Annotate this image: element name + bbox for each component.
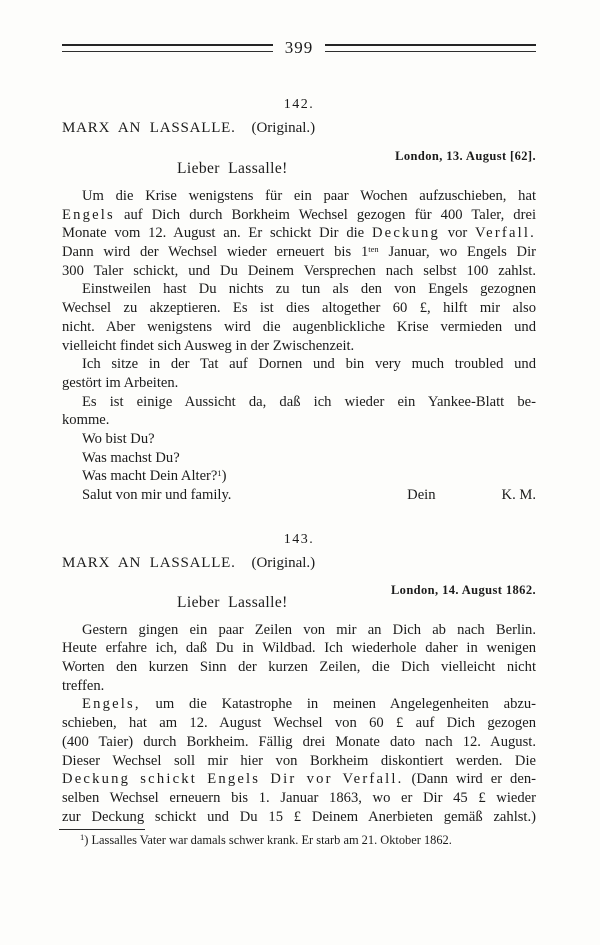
body-line: nicht. Aber wenigstens wird die augenbli… [62, 318, 536, 337]
salutation: Lieber Lassalle! [177, 594, 288, 612]
text-segment: Es ist einige Aussicht da, daß ich wiede… [82, 394, 536, 410]
header-rule-right [325, 44, 536, 52]
text-segment: Einstweilen hast Du nichts zu tun als de… [82, 281, 536, 297]
paragraph: Engels, um die Katastrophe in meinen Ang… [62, 695, 536, 826]
text-segment: Heute erfahre ich, daß Du in Wildbad. Ic… [62, 640, 536, 656]
body-line: selben Wechsel erneuern bis 1. Januar 18… [62, 789, 536, 808]
text-segment: ) [222, 468, 227, 484]
letter-title: MARX AN LASSALLE. (Original.) [62, 554, 536, 573]
letter-number: 143. [62, 531, 536, 549]
text-segment: (Dann wird er den- [404, 771, 536, 787]
text-segment: Januar, wo Engels Dir [379, 244, 536, 260]
salutation: Lieber Lassalle! [177, 160, 288, 178]
letterspaced-text: Engels [62, 207, 115, 223]
text-segment: Wo bist Du? [82, 431, 155, 447]
text-segment: Was macht Dein Alter? [82, 468, 217, 484]
text-segment: Dieser Wechsel soll mir hier von Borkhei… [62, 753, 536, 769]
closing-salute: Salut von mir und family. [82, 486, 231, 505]
letter-body: Um die Krise wenigstens für ein paar Woc… [62, 187, 536, 486]
text-segment: Was machst Du? [82, 450, 180, 466]
body-line: Monate vom 12. August an. Er schickt Dir… [62, 224, 536, 243]
letter-143: 143. MARX AN LASSALLE. (Original.) Londo… [62, 531, 536, 827]
letter-142: 142. MARX AN LASSALLE. (Original.) Londo… [62, 96, 536, 505]
body-line: Um die Krise wenigstens für ein paar Woc… [62, 187, 536, 206]
text-segment: Worten den kurzen Sinn der kurzen Zeilen… [62, 659, 536, 675]
superscript: 1 [217, 468, 221, 478]
footnote-separator [59, 829, 145, 830]
body-line: Wo bist Du? [62, 430, 536, 449]
letter-number: 142. [62, 96, 536, 114]
text-segment: auf Dich durch Borkheim Wechsel gezogen … [115, 207, 536, 223]
body-line: gestört im Arbeiten. [62, 374, 536, 393]
text-segment: gestört im Arbeiten. [62, 375, 178, 391]
text-block: 399 142. MARX AN LASSALLE. (Original.) L… [62, 0, 536, 849]
dateline: London, 13. August [62]. [395, 149, 536, 164]
text-segment: zur Deckung schickt und Du 15 £ Deinem A… [62, 809, 536, 825]
text-segment: komme. [62, 412, 109, 428]
text-segment: Gestern gingen ein paar Zeilen von mir a… [82, 622, 536, 638]
body-line: zur Deckung schickt und Du 15 £ Deinem A… [62, 808, 536, 827]
text-segment: (400 Taier) durch Borkheim. Fällig drei … [62, 734, 536, 750]
letter-body: Gestern gingen ein paar Zeilen von mir a… [62, 621, 536, 827]
text-segment: Ich sitze in der Tat auf Dornen und bin … [82, 356, 536, 372]
letterspaced-text: Deckung schickt Engels Dir vor Verfall. [62, 771, 404, 787]
body-line: 300 Taler schickt, und Du Deinem Verspre… [62, 262, 536, 281]
page-header: 399 [62, 37, 536, 59]
text-segment: Wechsel zu akzeptieren. Es ist dies alto… [62, 300, 536, 316]
closing-line: Salut von mir und family. Dein K. M. [62, 486, 536, 505]
body-line: Engels auf Dich durch Borkheim Wechsel g… [62, 206, 536, 225]
superscript: ten [368, 244, 378, 254]
letterspaced-text: Engels, [82, 696, 141, 712]
scanned-book-page: 399 142. MARX AN LASSALLE. (Original.) L… [0, 0, 600, 945]
salutation-block: London, 13. August [62]. Lieber Lassalle… [62, 147, 536, 184]
salutation-block: London, 14. August 1862. Lieber Lassalle… [62, 581, 536, 619]
body-line: treffen. [62, 677, 536, 696]
letter-heading-note: (Original.) [251, 120, 315, 136]
footnote-marker: 1 [80, 832, 84, 842]
body-line: schieben, hat am 12. August Wechsel von … [62, 714, 536, 733]
text-segment: 300 Taler schickt, und Du Deinem Verspre… [62, 263, 536, 279]
text-segment: schieben, hat am 12. August Wechsel von … [62, 715, 536, 731]
letterspaced-text: Deckung [372, 225, 440, 241]
body-line: Heute erfahre ich, daß Du in Wildbad. Ic… [62, 639, 536, 658]
body-line: Einstweilen hast Du nichts zu tun als de… [62, 280, 536, 299]
body-line: vielleicht findet sich Ausweg in der Zwi… [62, 337, 536, 356]
body-line: komme. [62, 411, 536, 430]
dateline: London, 14. August 1862. [391, 583, 536, 598]
paragraph: Ich sitze in der Tat auf Dornen und bin … [62, 355, 536, 392]
text-segment: Dann wird der Wechsel wieder erneuert bi… [62, 244, 368, 260]
body-line: (400 Taier) durch Borkheim. Fällig drei … [62, 733, 536, 752]
text-segment: um die Katastrophe in meinen Angelegenhe… [141, 696, 536, 712]
text-segment: selben Wechsel erneuern bis 1. Januar 18… [62, 790, 536, 806]
paragraph: Es ist einige Aussicht da, daß ich wiede… [62, 393, 536, 430]
text-segment: vor [440, 225, 475, 241]
body-line: Gestern gingen ein paar Zeilen von mir a… [62, 621, 536, 640]
body-line: Dieser Wechsel soll mir hier von Borkhei… [62, 752, 536, 771]
footnote-block: 1) Lassalles Vater war damals schwer kra… [62, 829, 536, 849]
text-segment: Um die Krise wenigstens für ein paar Woc… [82, 188, 536, 204]
paragraph: Um die Krise wenigstens für ein paar Woc… [62, 187, 536, 280]
letter-title: MARX AN LASSALLE. (Original.) [62, 119, 536, 138]
closing-gap [436, 486, 502, 505]
body-line: Deckung schickt Engels Dir vor Verfall. … [62, 770, 536, 789]
body-line: Es ist einige Aussicht da, daß ich wiede… [62, 393, 536, 412]
header-rule-left [62, 44, 273, 52]
letter-heading-note: (Original.) [251, 555, 315, 571]
text-segment: vielleicht findet sich Ausweg in der Zwi… [62, 338, 354, 354]
body-line: Was macht Dein Alter?1) [62, 467, 536, 486]
text-segment: treffen. [62, 678, 104, 694]
paragraph: Einstweilen hast Du nichts zu tun als de… [62, 280, 536, 355]
footnote-text: 1) Lassalles Vater war damals schwer kra… [62, 833, 536, 849]
body-line: Worten den kurzen Sinn der kurzen Zeilen… [62, 658, 536, 677]
paragraph: Gestern gingen ein paar Zeilen von mir a… [62, 621, 536, 696]
letterspaced-text: Verfall. [475, 225, 536, 241]
body-line: Was machst Du? [62, 449, 536, 468]
body-line: Engels, um die Katastrophe in meinen Ang… [62, 695, 536, 714]
closing-dein: Dein [407, 486, 435, 505]
closing-signature: K. M. [502, 486, 536, 505]
text-segment: nicht. Aber wenigstens wird die augenbli… [62, 319, 536, 335]
paragraph: Wo bist Du?Was machst Du?Was macht Dein … [62, 430, 536, 486]
footnote-body: ) Lassalles Vater war damals schwer kran… [84, 833, 452, 847]
letter-heading: MARX AN LASSALLE. [62, 120, 236, 136]
body-line: Wechsel zu akzeptieren. Es ist dies alto… [62, 299, 536, 318]
body-line: Dann wird der Wechsel wieder erneuert bi… [62, 243, 536, 262]
page-number: 399 [273, 37, 326, 59]
body-line: Ich sitze in der Tat auf Dornen und bin … [62, 355, 536, 374]
text-segment: Monate vom 12. August an. Er schickt Dir… [62, 225, 372, 241]
letter-heading: MARX AN LASSALLE. [62, 555, 236, 571]
